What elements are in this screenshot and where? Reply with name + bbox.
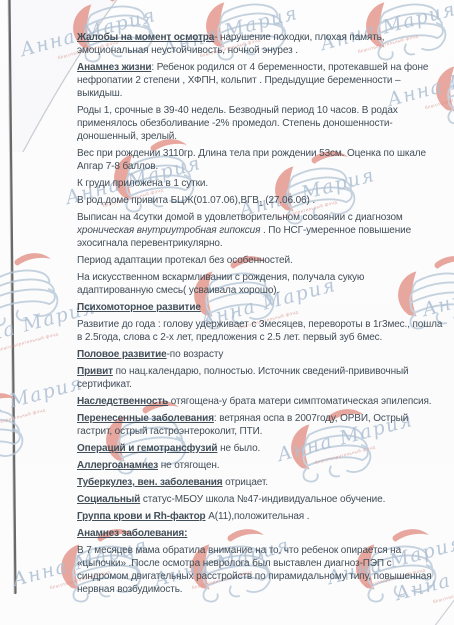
paragraph: Половое развитие-по возрасту [77, 348, 443, 361]
heading-text: Жалобы на момент осмотра [77, 32, 214, 43]
paragraph: Роды 1, срочные в 39-40 недель. Безводны… [77, 104, 443, 143]
paragraph: В род.доме привита БЦЖ(01.07.06),ВГВ1 (2… [77, 194, 443, 207]
body-text: по нац.календарю, полностью. Источник св… [77, 366, 409, 390]
corner-fold-line [434, 599, 454, 625]
paragraph: Аллергоанамнез не отягощен. [77, 459, 443, 472]
body-text: не отягощен. [158, 460, 219, 471]
watermark-brand-script: Анна Марияблаготворительный фонд [0, 372, 86, 429]
body-text: К груди приложена в 1 сутки. [77, 178, 208, 189]
paragraph: Вес при рождении 3110гр. Длина тела при … [77, 147, 443, 173]
scanned-document-page: Анна Марияблаготворительный фондАнна Мар… [0, 0, 454, 625]
paragraph: К груди приложена в 1 сутки. [77, 177, 443, 190]
paragraph: Жалобы на момент осмотра- нарушение похо… [77, 31, 443, 57]
body-text: Роды 1, срочные в 39-40 недель. Безводны… [77, 105, 398, 142]
heading-text: Перенесенные заболевания [77, 413, 214, 424]
body-text: отрицает. [223, 477, 268, 488]
body-text: На искусственном вскармливании с рождени… [77, 272, 364, 296]
body-text: Выписан на 4сутки домой в удовлетворител… [77, 212, 403, 223]
heading-text: Привит [77, 366, 113, 377]
heading-text: Группа крови и Rh-фактор [77, 511, 206, 522]
document-body: Жалобы на момент осмотра- нарушение похо… [77, 31, 443, 600]
heading-text: Анамнез заболевания: [77, 528, 187, 539]
body-text: отягощена-у брата матери симптоматическа… [168, 396, 431, 407]
paragraph: Период адаптации протекал без особенност… [77, 254, 443, 267]
paragraph: В 7 месяцев мама обратила внимание на то… [77, 544, 443, 596]
heading-text: Психомоторное развитие [77, 302, 201, 313]
paragraph: Туберкулез, вен. заболевания отрицает. [77, 476, 443, 489]
body-text: хроническая внутриутробная гипоксия [77, 225, 260, 236]
paragraph: Выписан на 4сутки домой в удовлетворител… [77, 211, 443, 250]
body-text: статус-МБОУ школа №47-индивидуальное обу… [140, 494, 385, 505]
heading-text: Половое развитие [77, 349, 167, 360]
heading-text: Аллергоанамнез [77, 460, 158, 471]
paragraph: Операций и гемотрансфузий не было. [77, 442, 443, 455]
paragraph: Анамнез заболевания: [77, 527, 443, 540]
body-text: В род.доме привита БЦЖ(01.07.06),ВГВ [77, 195, 259, 206]
watermark-subtext: благотворительный фонд [0, 408, 46, 428]
body-text: (27.06.06) . [263, 195, 315, 206]
heading-text: Социальный [77, 494, 140, 505]
heading-text: Операций и гемотрансфузий [77, 443, 217, 454]
heading-text: Анамнез жизни [77, 62, 151, 73]
teapot-logo-icon [0, 246, 62, 333]
heading-text: Наследственность [77, 396, 168, 407]
body-text: Развитие до года : голову удерживает с 3… [77, 319, 442, 343]
paragraph: Группа крови и Rh-фактор А(11),положител… [77, 510, 443, 523]
teapot-logo-icon [0, 386, 27, 473]
paragraph: Привит по нац.календарю, полностью. Исто… [77, 365, 443, 391]
body-text: В 7 месяцев мама обратила внимание на то… [77, 545, 432, 595]
body-text: Вес при рождении 3110гр. Длина тела при … [77, 148, 426, 172]
paragraph: Развитие до года : голову удерживает с 3… [77, 318, 443, 344]
paragraph: Наследственность отягощена-у брата матер… [77, 395, 443, 408]
page-edge-shadow [8, 0, 14, 594]
body-text: А(11),положительная . [206, 511, 310, 522]
body-text: Период адаптации протекал без особенност… [77, 255, 293, 266]
watermark-subtext: благотворительный фонд [0, 332, 59, 352]
paragraph: На искусственном вскармливании с рождени… [77, 271, 443, 297]
page-edge-line [10, 0, 16, 593]
paragraph: Перенесенные заболевания: ветряная оспа … [77, 412, 443, 438]
paragraph: Анамнез жизни: Ребенок родился от 4 бере… [77, 61, 443, 100]
paragraph: Психомоторное развитие [77, 301, 443, 314]
body-text: -по возрасту [167, 349, 224, 360]
body-text: не было. [217, 443, 260, 454]
paragraph: Социальный статус-МБОУ школа №47-индивид… [77, 493, 443, 506]
heading-text: Туберкулез, вен. заболевания [77, 477, 223, 488]
